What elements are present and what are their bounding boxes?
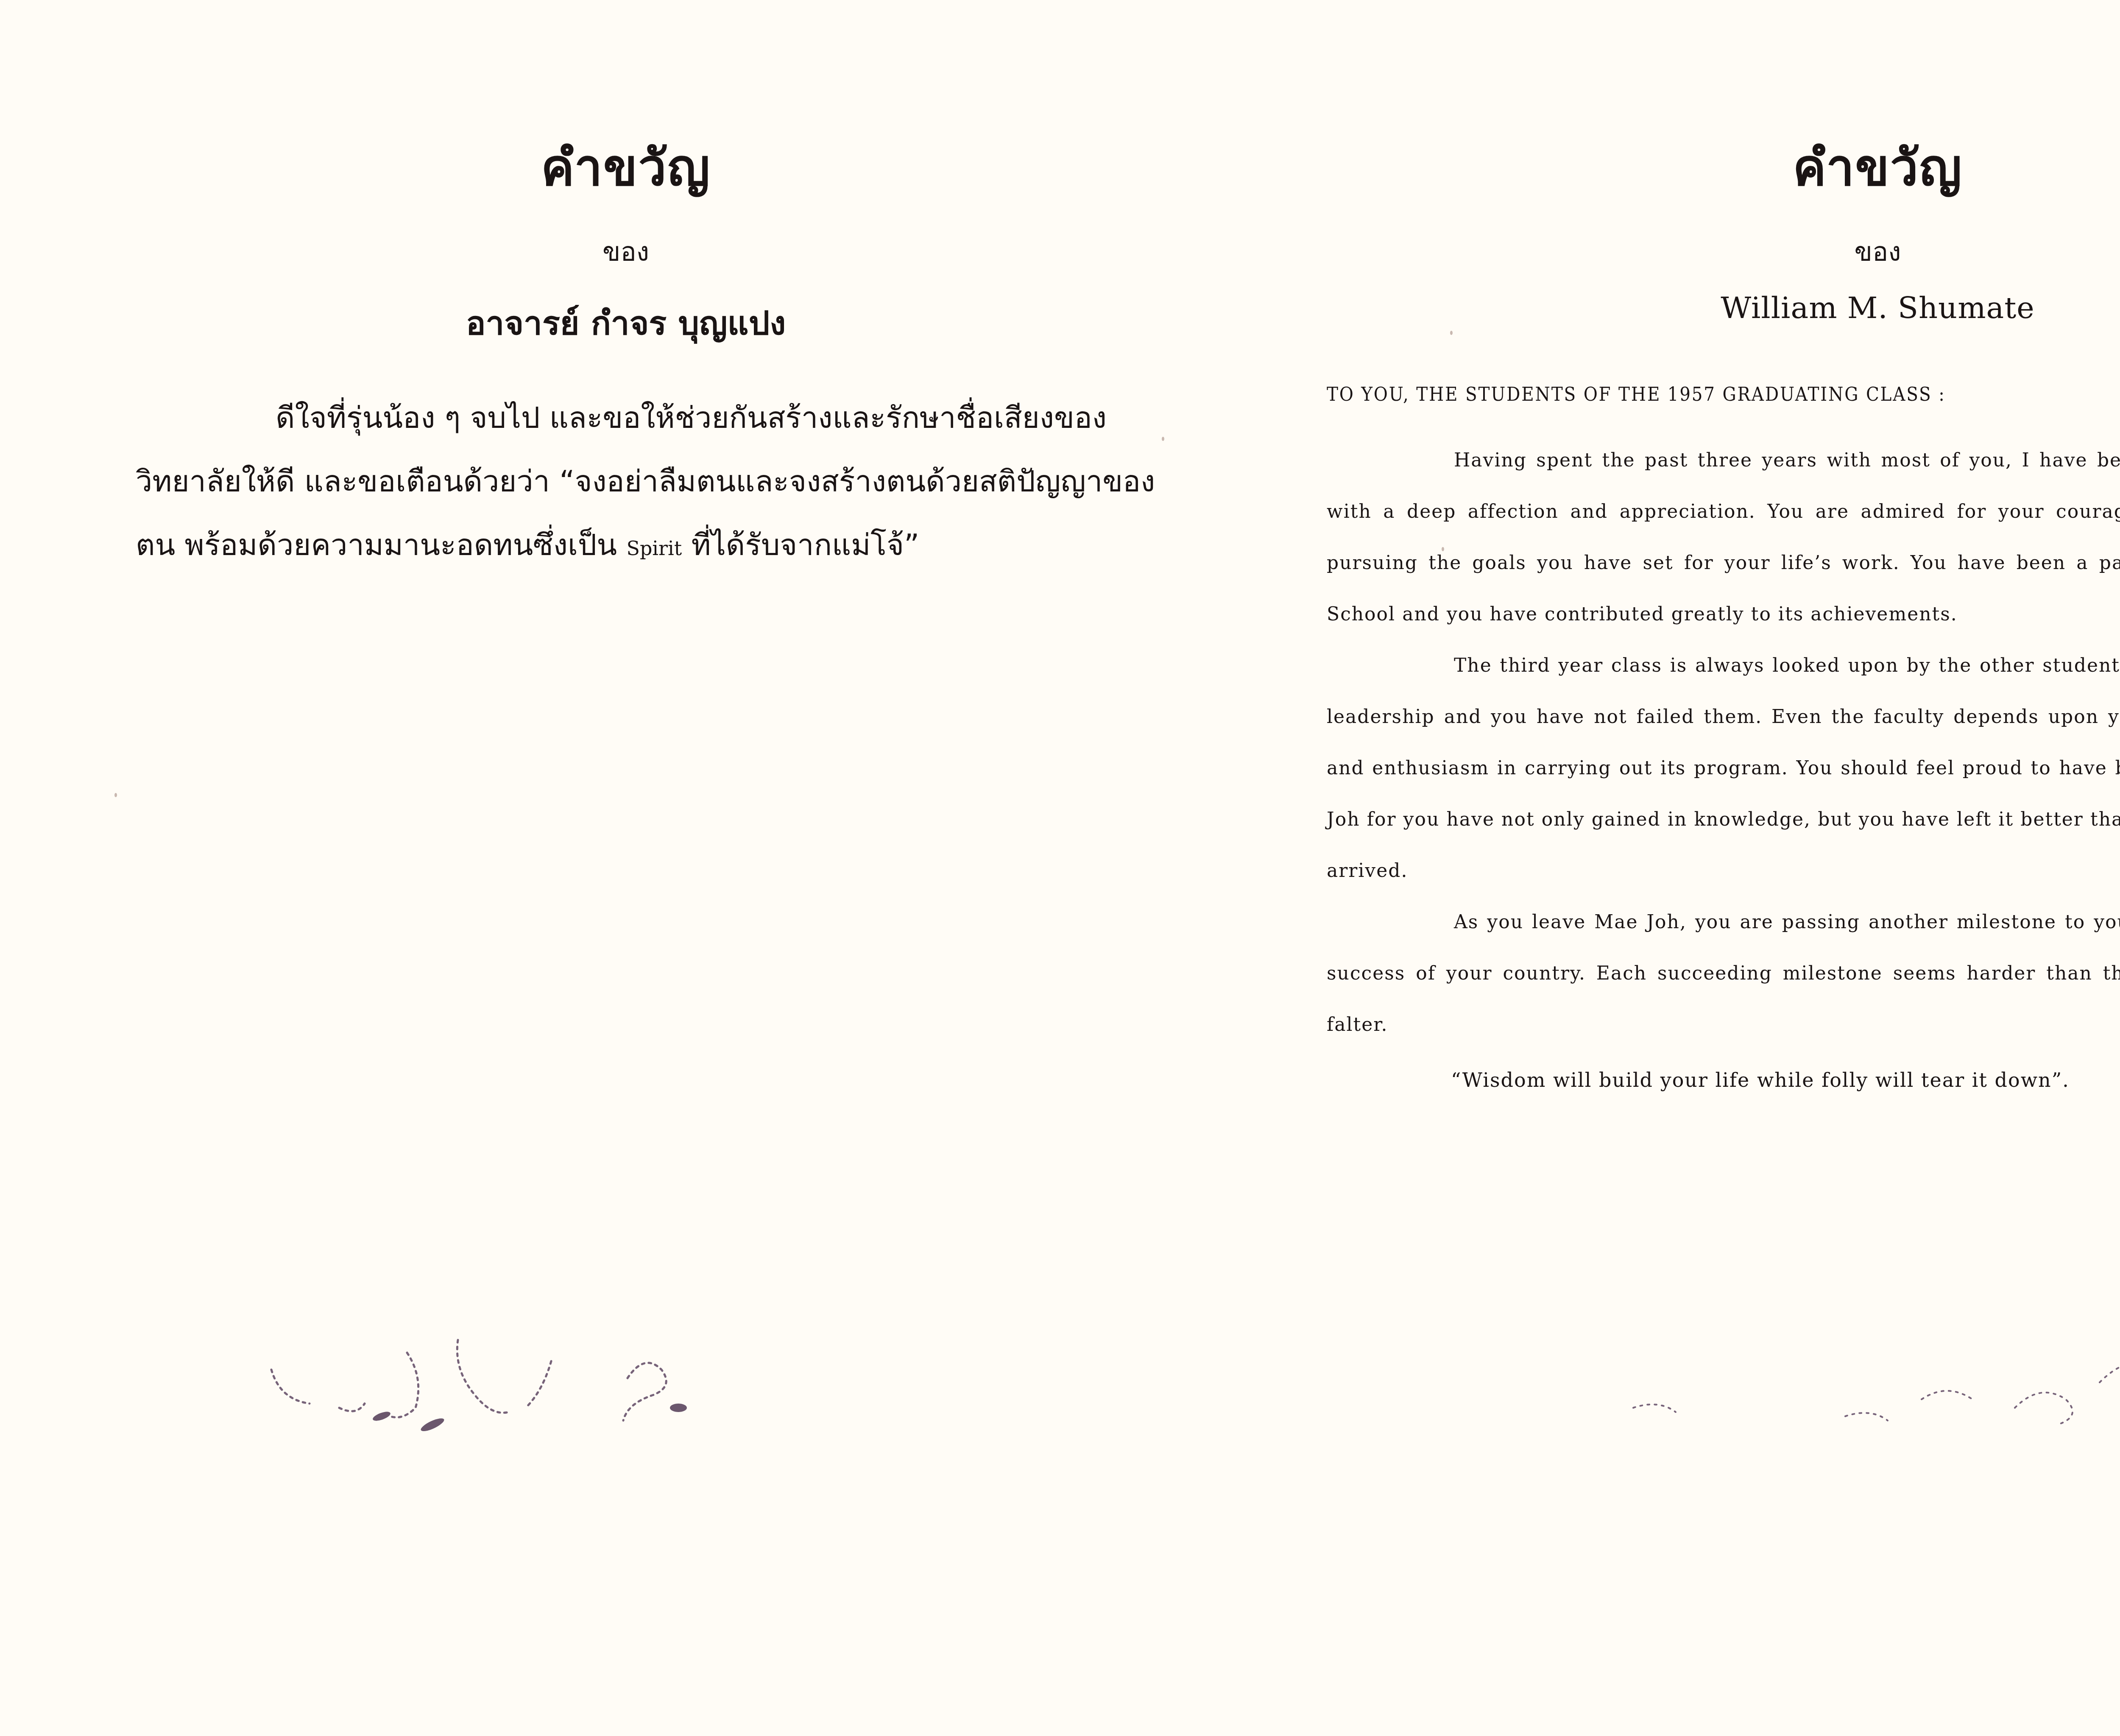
spirit-word: Spirit xyxy=(626,537,682,560)
document-spread: คำขวัญ ของ อาจารย์ กำจร บุญแปง ดีใจที่รุ… xyxy=(0,0,2120,1736)
right-page-title: คำขวัญ xyxy=(1252,127,2120,207)
left-page: คำขวัญ ของ อาจารย์ กำจร บุญแปง ดีใจที่รุ… xyxy=(0,0,1252,1736)
left-page-title: คำขวัญ xyxy=(0,127,1252,207)
left-page-of: ของ xyxy=(0,231,1252,273)
right-page-author: William M. Shumate xyxy=(1252,290,2120,325)
right-page-of: ของ xyxy=(1252,231,2120,273)
paper-speck xyxy=(1442,547,1444,551)
paper-speck xyxy=(1162,437,1164,441)
paper-speck xyxy=(114,793,117,797)
left-ornament-icon xyxy=(254,1323,763,1433)
message-line-3: ตน พร้อมด้วยความมานะอดทนซึ่งเป็น Spirit … xyxy=(136,513,1136,580)
right-page-message: Having spent the past three years with m… xyxy=(1327,435,2120,1050)
paragraph-2: The third year class is always looked up… xyxy=(1327,640,2120,896)
paragraph-1: Having spent the past three years with m… xyxy=(1327,435,2120,640)
message-line-3-start: ตน พร้อมด้วยความมานะอดทนซึ่งเป็น xyxy=(136,527,626,562)
salutation: TO YOU, THE STUDENTS OF THE 1957 GRADUAT… xyxy=(1327,384,1946,405)
left-page-message: ดีใจที่รุ่นน้อง ๆ จบไป และขอให้ช่วยกันสร… xyxy=(136,386,1136,580)
paper-speck xyxy=(1450,331,1453,335)
closing-quote: “Wisdom will build your life while folly… xyxy=(1451,1069,2070,1091)
message-line-2: วิทยาลัยให้ดี และขอเตือนด้วยว่า “จงอย่าล… xyxy=(136,449,1136,513)
right-page: คำขวัญ ของ William M. Shumate TO YOU, TH… xyxy=(1252,0,2120,1736)
right-ornament-icon xyxy=(1548,1145,2120,1442)
paragraph-3: As you leave Mae Joh, you are passing an… xyxy=(1327,896,2120,1050)
left-page-author: อาจารย์ กำจร บุญแปง xyxy=(0,297,1252,349)
message-line-3-end: ที่ได้รับจากแม่โจ้” xyxy=(682,527,919,562)
message-line-1: ดีใจที่รุ่นน้อง ๆ จบไป และขอให้ช่วยกันสร… xyxy=(136,386,1136,449)
